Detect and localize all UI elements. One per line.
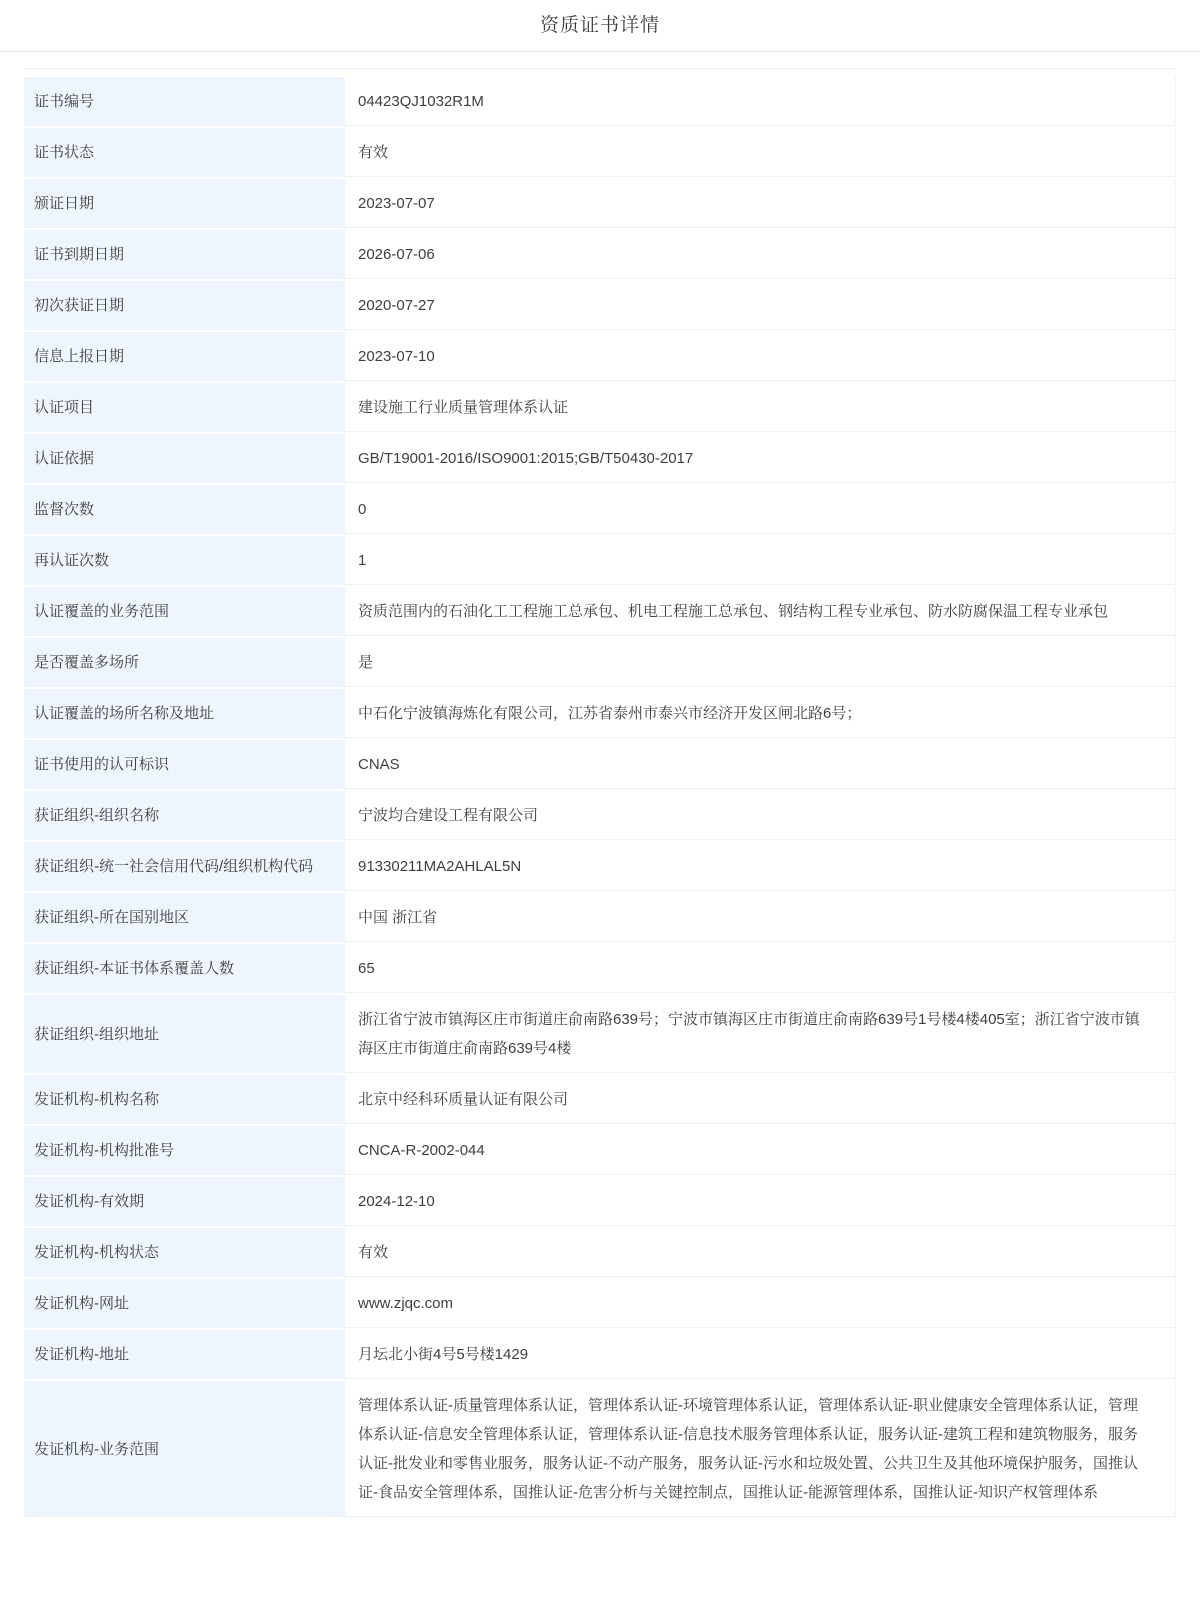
table-row: 监督次数 0 (24, 485, 1176, 536)
table-row: 认证覆盖的场所名称及地址 中石化宁波镇海炼化有限公司，江苏省泰州市泰兴市经济开发… (24, 689, 1176, 740)
field-label: 初次获证日期 (24, 281, 345, 332)
table-row: 发证机构-机构批准号 CNCA-R-2002-044 (24, 1126, 1176, 1177)
field-label: 证书状态 (24, 128, 345, 179)
table-row: 发证机构-地址 月坛北小街4号5号楼1429 (24, 1330, 1176, 1381)
field-value: 月坛北小街4号5号楼1429 (345, 1330, 1176, 1381)
page-header: 资质证书详情 (0, 0, 1200, 52)
table-row: 发证机构-机构名称 北京中经科环质量认证有限公司 (24, 1075, 1176, 1126)
page-title: 资质证书详情 (0, 12, 1200, 40)
field-label: 发证机构-业务范围 (24, 1381, 345, 1519)
table-row: 初次获证日期 2020-07-27 (24, 281, 1176, 332)
field-value: CNCA-R-2002-044 (345, 1126, 1176, 1177)
field-value: 91330211MA2AHLAL5N (345, 842, 1176, 893)
table-row: 认证项目 建设施工行业质量管理体系认证 (24, 383, 1176, 434)
field-label: 发证机构-机构批准号 (24, 1126, 345, 1177)
table-row: 再认证次数 1 (24, 536, 1176, 587)
field-value: 有效 (345, 128, 1176, 179)
field-label: 颁证日期 (24, 179, 345, 230)
field-value: 1 (345, 536, 1176, 587)
table-row: 证书编号 04423QJ1032R1M (24, 77, 1176, 128)
field-value: CNAS (345, 740, 1176, 791)
field-value: 2026-07-06 (345, 230, 1176, 281)
field-label: 认证覆盖的业务范围 (24, 587, 345, 638)
table-row: 证书使用的认可标识 CNAS (24, 740, 1176, 791)
field-label: 发证机构-机构状态 (24, 1228, 345, 1279)
field-label: 认证覆盖的场所名称及地址 (24, 689, 345, 740)
field-label: 再认证次数 (24, 536, 345, 587)
field-value: 资质范围内的石油化工工程施工总承包、机电工程施工总承包、钢结构工程专业承包、防水… (345, 587, 1176, 638)
field-label: 发证机构-网址 (24, 1279, 345, 1330)
field-label: 认证依据 (24, 434, 345, 485)
field-label: 获证组织-本证书体系覆盖人数 (24, 944, 345, 995)
field-label: 发证机构-机构名称 (24, 1075, 345, 1126)
field-value: 0 (345, 485, 1176, 536)
field-label: 获证组织-统一社会信用代码/组织机构代码 (24, 842, 345, 893)
table-row: 发证机构-有效期 2024-12-10 (24, 1177, 1176, 1228)
field-label: 证书编号 (24, 77, 345, 128)
field-label: 认证项目 (24, 383, 345, 434)
table-row: 发证机构-业务范围 管理体系认证-质量管理体系认证，管理体系认证-环境管理体系认… (24, 1381, 1176, 1519)
table-row: 发证机构-机构状态 有效 (24, 1228, 1176, 1279)
field-value: GB/T19001-2016/ISO9001:2015;GB/T50430-20… (345, 434, 1176, 485)
field-value: 2023-07-10 (345, 332, 1176, 383)
certificate-details-table: 证书编号 04423QJ1032R1M 证书状态 有效 颁证日期 2023-07… (24, 77, 1176, 1519)
field-label: 证书到期日期 (24, 230, 345, 281)
field-label: 获证组织-组织地址 (24, 995, 345, 1075)
field-label: 信息上报日期 (24, 332, 345, 383)
field-value: 是 (345, 638, 1176, 689)
table-row: 信息上报日期 2023-07-10 (24, 332, 1176, 383)
field-label: 获证组织-组织名称 (24, 791, 345, 842)
field-value: 04423QJ1032R1M (345, 77, 1176, 128)
table-row: 认证覆盖的业务范围 资质范围内的石油化工工程施工总承包、机电工程施工总承包、钢结… (24, 587, 1176, 638)
certificate-details-body: 证书编号 04423QJ1032R1M 证书状态 有效 颁证日期 2023-07… (24, 77, 1176, 1519)
field-value: 宁波均合建设工程有限公司 (345, 791, 1176, 842)
field-value: 2020-07-27 (345, 281, 1176, 332)
field-value: 有效 (345, 1228, 1176, 1279)
field-label: 是否覆盖多场所 (24, 638, 345, 689)
table-row: 证书状态 有效 (24, 128, 1176, 179)
table-row: 获证组织-组织名称 宁波均合建设工程有限公司 (24, 791, 1176, 842)
field-label: 发证机构-地址 (24, 1330, 345, 1381)
field-label: 获证组织-所在国别地区 (24, 893, 345, 944)
certificate-details-section: 证书编号 04423QJ1032R1M 证书状态 有效 颁证日期 2023-07… (24, 68, 1176, 1519)
table-row: 证书到期日期 2026-07-06 (24, 230, 1176, 281)
field-value: 建设施工行业质量管理体系认证 (345, 383, 1176, 434)
field-value: 北京中经科环质量认证有限公司 (345, 1075, 1176, 1126)
field-value: 2024-12-10 (345, 1177, 1176, 1228)
field-value: www.zjqc.com (345, 1279, 1176, 1330)
field-label: 发证机构-有效期 (24, 1177, 345, 1228)
field-value: 浙江省宁波市镇海区庄市街道庄俞南路639号；宁波市镇海区庄市街道庄俞南路639号… (345, 995, 1176, 1075)
table-row: 是否覆盖多场所 是 (24, 638, 1176, 689)
table-row: 认证依据 GB/T19001-2016/ISO9001:2015;GB/T504… (24, 434, 1176, 485)
field-value: 2023-07-07 (345, 179, 1176, 230)
table-row: 获证组织-统一社会信用代码/组织机构代码 91330211MA2AHLAL5N (24, 842, 1176, 893)
field-value: 管理体系认证-质量管理体系认证，管理体系认证-环境管理体系认证，管理体系认证-职… (345, 1381, 1176, 1519)
field-value: 中石化宁波镇海炼化有限公司，江苏省泰州市泰兴市经济开发区闸北路6号； (345, 689, 1176, 740)
table-row: 发证机构-网址 www.zjqc.com (24, 1279, 1176, 1330)
table-row: 获证组织-本证书体系覆盖人数 65 (24, 944, 1176, 995)
field-label: 证书使用的认可标识 (24, 740, 345, 791)
table-row: 获证组织-所在国别地区 中国 浙江省 (24, 893, 1176, 944)
field-value: 65 (345, 944, 1176, 995)
field-value: 中国 浙江省 (345, 893, 1176, 944)
table-row: 颁证日期 2023-07-07 (24, 179, 1176, 230)
field-label: 监督次数 (24, 485, 345, 536)
table-row: 获证组织-组织地址 浙江省宁波市镇海区庄市街道庄俞南路639号；宁波市镇海区庄市… (24, 995, 1176, 1075)
